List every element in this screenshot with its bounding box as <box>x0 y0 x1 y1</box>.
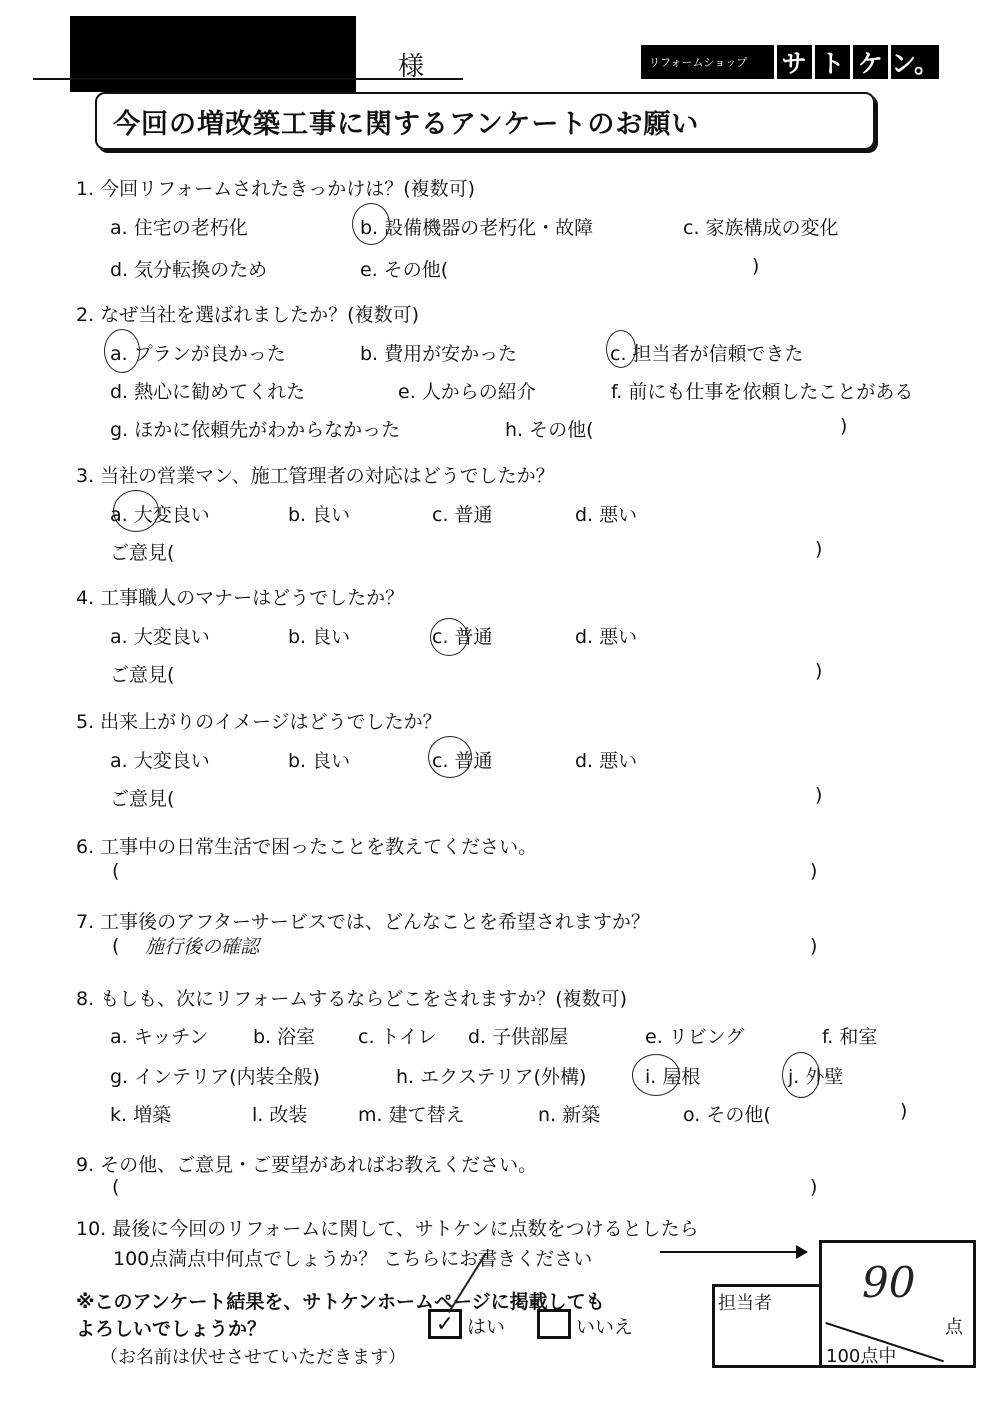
publish-question-line2: よろしいでしょうか？ <box>76 1314 266 1341</box>
publish-yes-checkbox[interactable]: ✓ <box>428 1309 462 1339</box>
q5-option-d[interactable]: d. 悪い <box>575 746 637 773</box>
q4-option-a[interactable]: a. 大変良い <box>110 622 210 649</box>
q3-selection-mark <box>113 490 159 532</box>
honorific: 様 <box>398 46 424 83</box>
question-3: 3. 当社の営業マン、施工管理者の対応はどうでしたか？ <box>76 461 555 488</box>
logo-char: ン。 <box>891 45 939 79</box>
q2-option-e[interactable]: e. 人からの紹介 <box>398 377 536 404</box>
check-icon: ✓ <box>436 1312 454 1337</box>
question-6: 6. 工事中の日常生活で困ったことを教えてください。 <box>76 832 537 859</box>
question-7: 7. 工事後のアフターサービスでは、どんなことを希望されますか？ <box>76 907 650 934</box>
q7-open: ( <box>112 935 119 957</box>
q5-option-a[interactable]: a. 大変良い <box>110 746 210 773</box>
company-logo: リフォームショップ サ ト ケ ン。 <box>641 45 939 79</box>
logo-subtitle: リフォームショップ <box>641 45 774 79</box>
q2-option-d[interactable]: d. 熱心に勧めてくれた <box>110 377 305 404</box>
q1-other-close: ) <box>752 255 759 277</box>
question-5: 5. 出来上がりのイメージはどうでしたか？ <box>76 707 442 734</box>
publish-question-line1: ※このアンケート結果を、サトケンホームページに掲載しても <box>76 1287 605 1314</box>
q8-selection-mark-j <box>782 1052 820 1098</box>
question-4: 4. 工事職人のマナーはどうでしたか？ <box>76 583 404 610</box>
q8-option-o[interactable]: o. その他( <box>683 1100 771 1127</box>
q2-option-c[interactable]: c. 担当者が信頼できた <box>610 339 804 366</box>
q7-close: ) <box>810 935 817 957</box>
q3-option-b[interactable]: b. 良い <box>288 500 350 527</box>
q7-handwritten-answer[interactable]: 施行後の確認 <box>145 932 259 959</box>
question-2: 2. なぜ当社を選ばれましたか？(複数可) <box>76 300 419 327</box>
q1-option-d[interactable]: d. 気分転換のため <box>110 255 267 282</box>
q2-option-b[interactable]: b. 費用が安かった <box>360 339 517 366</box>
publish-note: （お名前は伏せさせていただきます） <box>100 1343 406 1369</box>
score-handwritten[interactable]: 90 <box>862 1258 915 1307</box>
q8-option-d[interactable]: d. 子供部屋 <box>468 1022 568 1049</box>
q9-close: ) <box>810 1176 817 1198</box>
q3-opinion-close: ) <box>815 538 822 560</box>
q3-option-c[interactable]: c. 普通 <box>432 500 493 527</box>
q4-opinion-label: ご意見( <box>110 660 174 687</box>
q9-open: ( <box>112 1176 119 1198</box>
q5-selection-mark <box>428 736 472 778</box>
redacted-customer-name <box>70 16 356 92</box>
q3-opinion-label: ご意見( <box>110 538 174 565</box>
score-unit: 点 <box>945 1313 963 1339</box>
q1-option-c[interactable]: c. 家族構成の変化 <box>683 213 839 240</box>
q2-option-f[interactable]: f. 前にも仕事を依頼したことがある <box>611 377 913 404</box>
q1-option-a[interactable]: a. 住宅の老朽化 <box>110 213 248 240</box>
q2-selection-mark-a <box>104 329 140 373</box>
logo-char: ケ <box>853 45 888 79</box>
q5-opinion-label: ご意見( <box>110 784 174 811</box>
logo-char: ト <box>815 45 850 79</box>
q8-option-n[interactable]: n. 新築 <box>538 1100 600 1127</box>
q2-option-g[interactable]: g. ほかに依頼先がわからなかった <box>110 415 400 442</box>
q8-option-c[interactable]: c. トイレ <box>358 1022 437 1049</box>
q1-option-e[interactable]: e. その他( <box>360 255 448 282</box>
q5-option-b[interactable]: b. 良い <box>288 746 350 773</box>
q4-option-b[interactable]: b. 良い <box>288 622 350 649</box>
q4-opinion-close: ) <box>815 660 822 682</box>
q2-other-close: ) <box>840 415 847 437</box>
publish-no-checkbox[interactable] <box>537 1309 571 1339</box>
q8-option-b[interactable]: b. 浴室 <box>253 1022 315 1049</box>
question-9: 9. その他、ご意見・ご要望があればお教えください。 <box>76 1150 537 1177</box>
q8-option-g[interactable]: g. インテリア(内装全般) <box>110 1062 320 1089</box>
page-title: 今回の増改築工事に関するアンケートのお願い <box>95 92 875 150</box>
q3-option-d[interactable]: d. 悪い <box>575 500 637 527</box>
publish-no-label[interactable]: いいえ <box>576 1312 633 1339</box>
q8-option-e[interactable]: e. リビング <box>645 1022 744 1049</box>
logo-char: サ <box>777 45 812 79</box>
page-title-text: 今回の増改築工事に関するアンケートのお願い <box>113 102 699 141</box>
question-8: 8. もしも、次にリフォームするならどこをされますか？(複数可) <box>76 984 627 1011</box>
score-base: 100点中 <box>826 1342 896 1368</box>
q2-option-h[interactable]: h. その他( <box>505 415 594 442</box>
arrow-to-score <box>660 1251 800 1253</box>
q8-option-l[interactable]: l. 改装 <box>252 1100 307 1127</box>
q4-option-d[interactable]: d. 悪い <box>575 622 637 649</box>
q8-option-k[interactable]: k. 増築 <box>110 1100 171 1127</box>
q4-selection-mark <box>430 618 468 656</box>
q8-option-h[interactable]: h. エクステリア(外構) <box>396 1062 586 1089</box>
question-1: 1. 今回リフォームされたきっかけは？(複数可) <box>76 174 475 201</box>
q8-option-a[interactable]: a. キッチン <box>110 1022 208 1049</box>
q8-other-close: ) <box>900 1100 907 1122</box>
q8-option-f[interactable]: f. 和室 <box>822 1022 877 1049</box>
question-10-line1: 10. 最後に今回のリフォームに関して、サトケンに点数をつけるとしたら <box>76 1214 699 1241</box>
q6-open: ( <box>112 860 119 882</box>
q2-selection-mark-c <box>606 330 636 368</box>
q8-option-m[interactable]: m. 建て替え <box>358 1100 465 1127</box>
arrow-head-icon <box>796 1245 808 1259</box>
q1-selection-mark <box>352 203 390 245</box>
question-10-line2: 100点満点中何点でしょうか？ こちらにお書きください <box>113 1244 592 1271</box>
q6-close: ) <box>810 860 817 882</box>
staff-label: 担当者 <box>718 1289 772 1315</box>
q1-option-b[interactable]: b. 設備機器の老朽化・故障 <box>360 213 593 240</box>
q5-opinion-close: ) <box>815 784 822 806</box>
publish-yes-label[interactable]: はい <box>467 1312 505 1339</box>
q8-selection-mark-i <box>632 1054 680 1096</box>
